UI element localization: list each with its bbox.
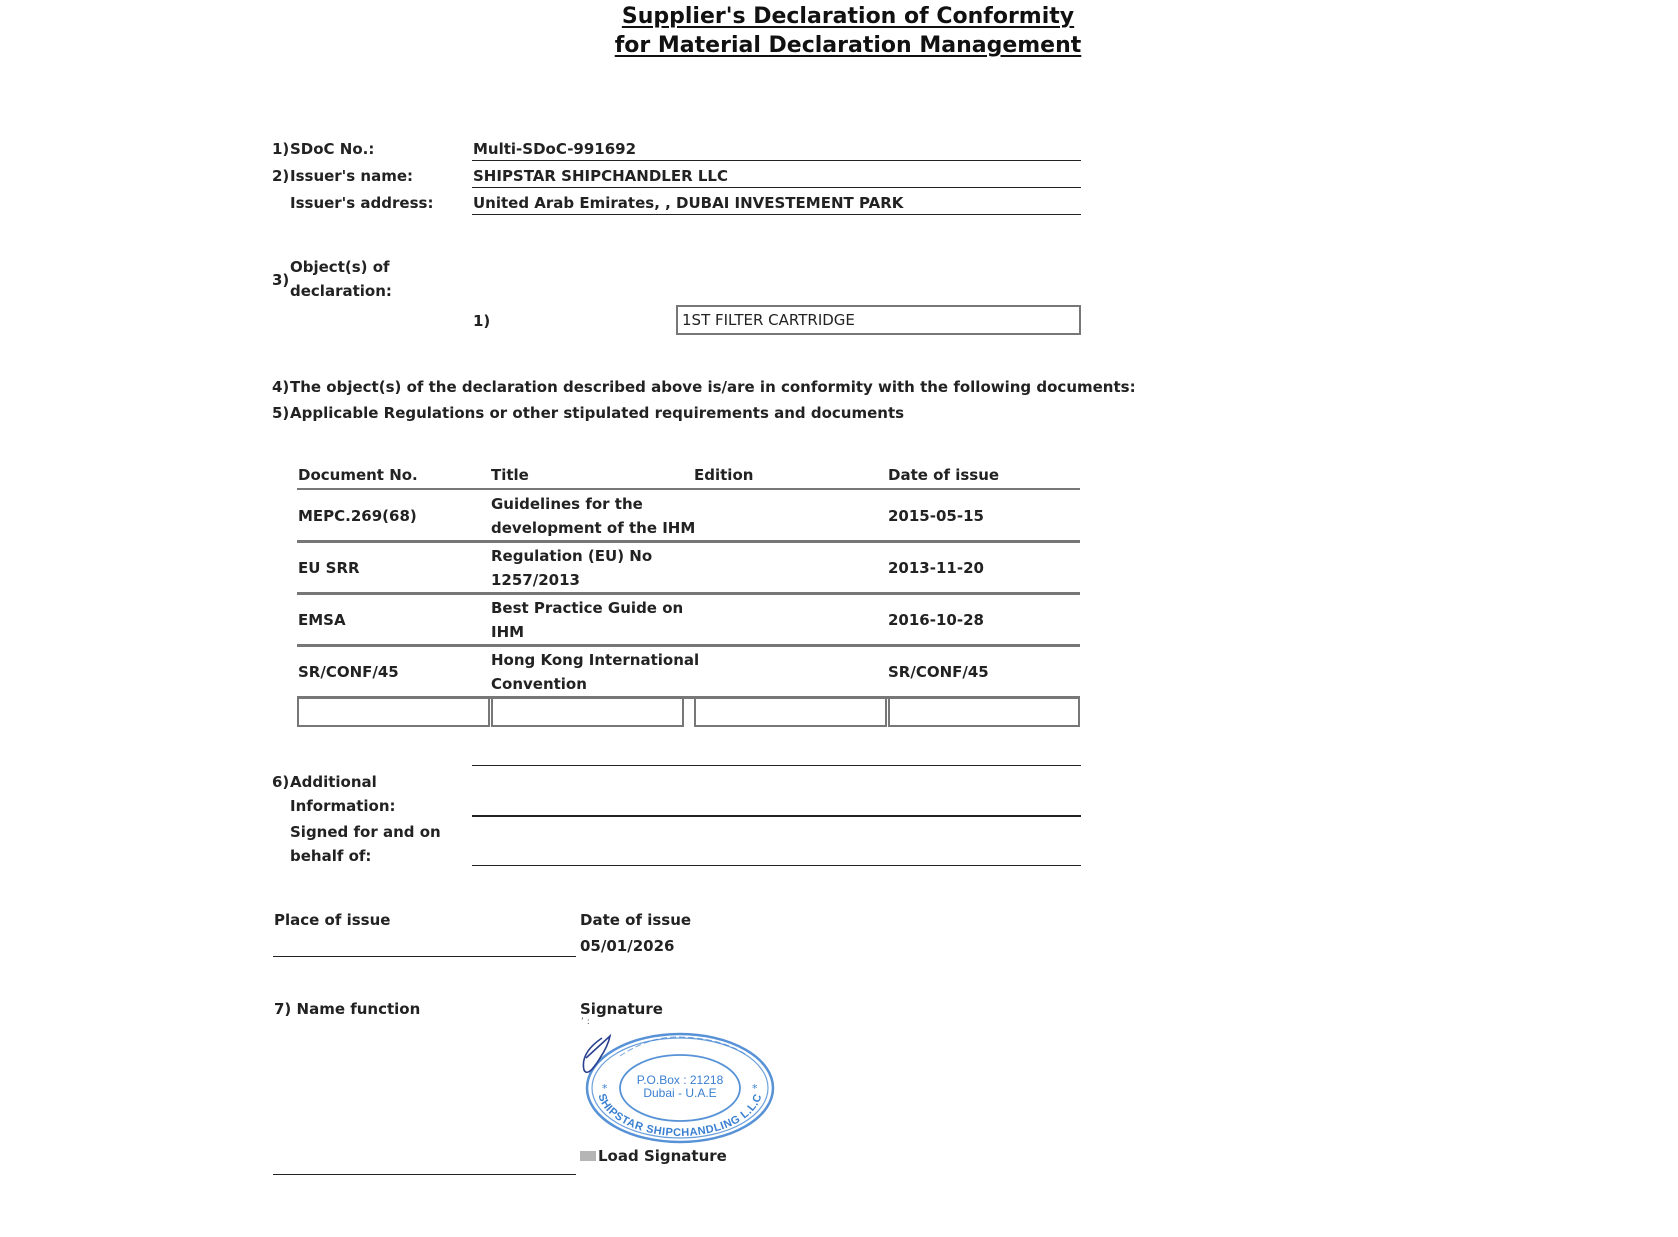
name-function-label: 7) Name function	[274, 1000, 420, 1018]
signed-for-field[interactable]	[472, 820, 1081, 864]
objects-index: 3)	[272, 271, 289, 289]
table-cell-doc-no: SR/CONF/45	[298, 660, 399, 684]
sdoc-number-value: Multi-SDoC-991692	[473, 140, 636, 158]
table-cell-title-line1: Best Practice Guide on	[491, 596, 683, 620]
svg-text:Dubai - U.A.E: Dubai - U.A.E	[643, 1086, 716, 1100]
sdoc-number-underline	[472, 160, 1081, 161]
table-cell-date: 2015-05-15	[888, 504, 984, 528]
table-cell-title-line1: Guidelines for the	[491, 492, 643, 516]
page-title-line1: Supplier's Declaration of Conformity	[0, 2, 1678, 31]
signed-for-label-line2: behalf of:	[290, 844, 371, 868]
additional-info-index: 6)	[272, 773, 289, 791]
issuer-name-value: SHIPSTAR SHIPCHANDLER LLC	[473, 167, 728, 185]
company-stamp-image: P.O.Box : 21218 Dubai - U.A.E SHIPSTAR S…	[580, 1028, 780, 1148]
load-signature-label: Load Signature	[598, 1147, 727, 1165]
name-function-underline	[273, 1174, 576, 1175]
table-row-divider	[297, 644, 1080, 647]
additional-info-underline	[472, 815, 1081, 817]
table-cell-date: 2013-11-20	[888, 556, 984, 580]
table-cell-title-line1: Regulation (EU) No	[491, 544, 652, 568]
new-doc-no-input[interactable]	[297, 697, 490, 727]
table-cell-title-line2: development of the IHM	[491, 516, 695, 540]
table-cell-doc-no: EU SRR	[298, 556, 360, 580]
sdoc-number-index: 1)	[272, 140, 289, 158]
signature-label: Signature	[580, 1000, 663, 1018]
new-title-input[interactable]	[491, 697, 684, 727]
date-of-issue-label: Date of issue	[580, 911, 691, 929]
page-title-line2: for Material Declaration Management	[0, 31, 1678, 60]
table-cell-title-line2: 1257/2013	[491, 568, 580, 592]
issuer-name-underline	[472, 187, 1081, 188]
signature-marker: ’ :	[581, 1017, 590, 1027]
svg-text:*: *	[602, 1082, 608, 1095]
table-cell-doc-no: MEPC.269(68)	[298, 504, 417, 528]
issuer-address-label: Issuer's address:	[290, 191, 433, 215]
new-date-input[interactable]	[888, 697, 1080, 727]
table-cell-date: SR/CONF/45	[888, 660, 989, 684]
new-edition-input[interactable]	[694, 697, 887, 727]
date-of-issue-value: 05/01/2026	[580, 937, 674, 955]
object-item-index: 1)	[473, 312, 490, 330]
table-header-date: Date of issue	[888, 466, 999, 484]
issuer-address-value: United Arab Emirates, , DUBAI INVESTEMEN…	[473, 194, 903, 212]
table-header-doc-no: Document No.	[298, 466, 418, 484]
issuer-name-index: 2)	[272, 167, 289, 185]
table-row-divider	[297, 592, 1080, 595]
statement5-index: 5)	[272, 404, 289, 422]
place-of-issue-underline	[273, 956, 576, 957]
place-of-issue-field[interactable]	[273, 930, 575, 956]
issuer-name-label: Issuer's name:	[290, 164, 413, 188]
table-cell-doc-no: EMSA	[298, 608, 346, 632]
table-header-title: Title	[491, 466, 529, 484]
load-signature-button[interactable]: Load Signature	[580, 1147, 727, 1165]
signed-for-label-line1: Signed for and on	[290, 820, 441, 844]
table-cell-title-line1: Hong Kong International	[491, 648, 699, 672]
additional-info-top-line	[472, 765, 1081, 766]
additional-info-label-line1: Additional	[290, 770, 377, 794]
table-cell-date: 2016-10-28	[888, 608, 984, 632]
additional-info-field[interactable]	[472, 768, 1081, 814]
table-row-divider	[297, 540, 1080, 543]
place-of-issue-label: Place of issue	[274, 911, 390, 929]
svg-text:P.O.Box : 21218: P.O.Box : 21218	[637, 1073, 724, 1087]
svg-text:*: *	[752, 1082, 758, 1095]
statement4-index: 4)	[272, 378, 289, 396]
additional-info-label-line2: Information:	[290, 794, 396, 818]
objects-label-line1: Object(s) of	[290, 255, 390, 279]
table-header-divider	[297, 488, 1080, 490]
statement4-text: The object(s) of the declaration describ…	[290, 375, 1136, 399]
object-item-input[interactable]	[676, 305, 1081, 335]
table-cell-title-line2: Convention	[491, 672, 587, 696]
objects-label-line2: declaration:	[290, 279, 392, 303]
load-signature-icon	[580, 1151, 596, 1161]
sdoc-number-label: SDoC No.:	[290, 137, 374, 161]
table-cell-title-line2: IHM	[491, 620, 524, 644]
signed-for-underline	[472, 865, 1081, 866]
table-header-edition: Edition	[694, 466, 753, 484]
statement5-text: Applicable Regulations or other stipulat…	[290, 401, 904, 425]
issuer-address-underline	[472, 214, 1081, 215]
name-function-field[interactable]	[273, 1030, 575, 1172]
